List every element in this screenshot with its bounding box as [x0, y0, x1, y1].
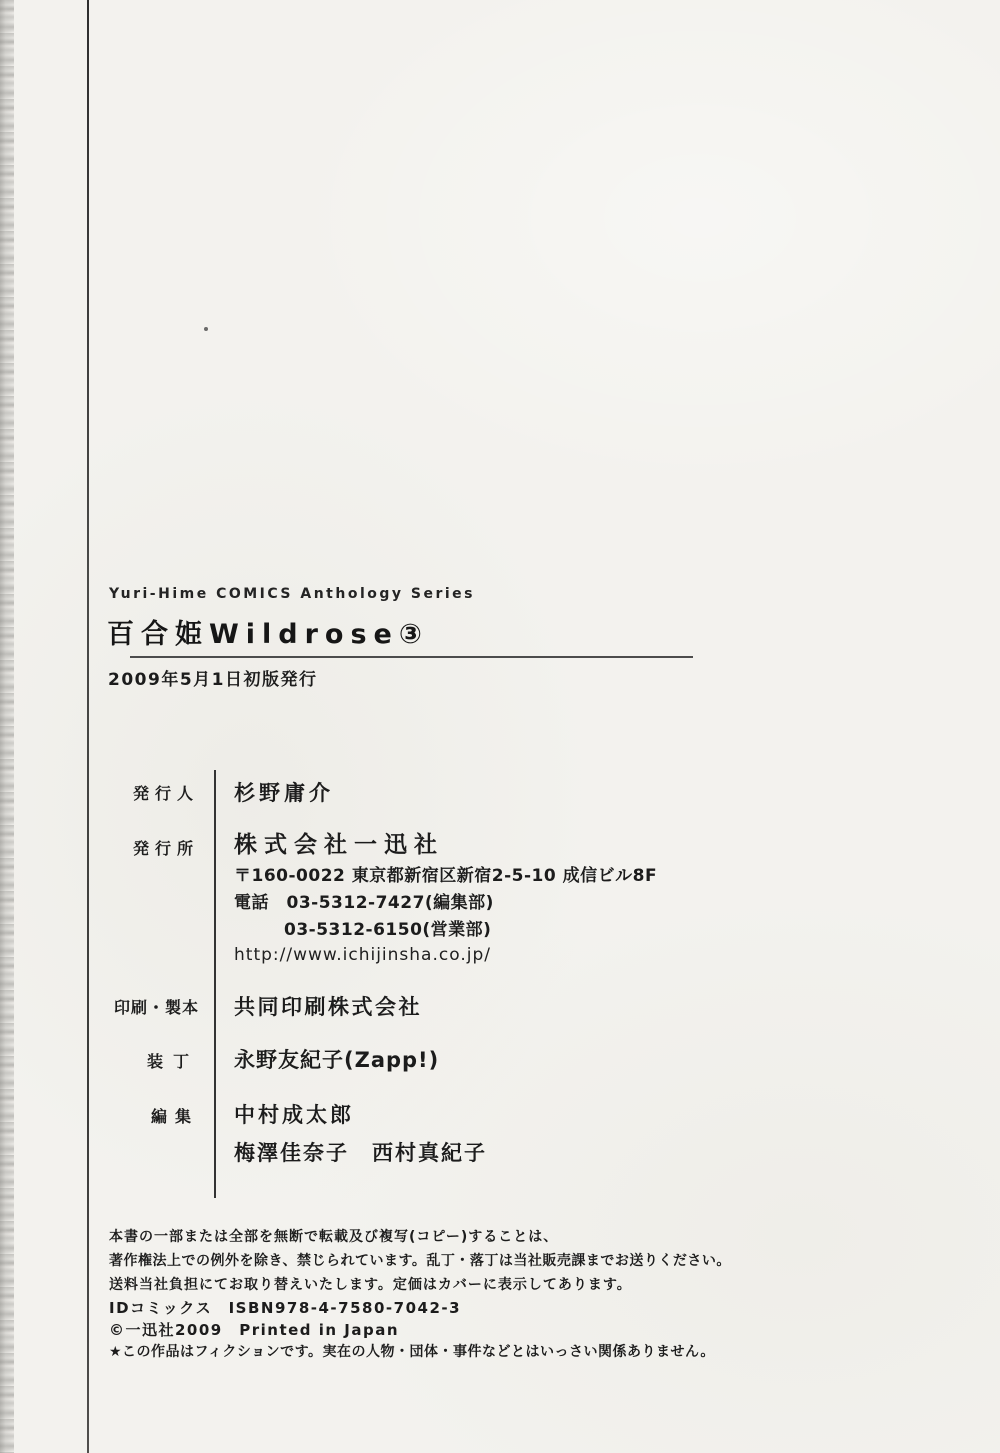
editor-primary: 中村成太郎: [234, 1102, 354, 1128]
company-name: 株式会社一迅社: [234, 831, 444, 860]
scan-speck: [204, 327, 208, 331]
book-title: 百合姫Wildrose③: [107, 618, 429, 652]
fiction-disclaimer: ★この作品はフィクションです。実在の人物・団体・事件などとはいっさい関係ありませ…: [109, 1344, 715, 1362]
company-address: 〒160-0022 東京都新宿区新宿2-5-10 成信ビル8F: [234, 866, 657, 887]
copyright-line: ©一迅社2009 Printed in Japan: [109, 1321, 399, 1340]
publisher-name: 杉野庸介: [234, 780, 334, 806]
publishing-office-label: 発行所: [103, 839, 199, 858]
editors-secondary: 梅澤佳奈子 西村真紀子: [234, 1140, 487, 1166]
colophon-divider-line: [214, 770, 216, 1198]
spine-fold-line: [87, 0, 89, 1453]
printing-company: 共同印刷株式会社: [234, 994, 422, 1020]
printing-label: 印刷・製本: [103, 998, 199, 1017]
phone-sales: 03-5312-6150(営業部): [284, 920, 491, 941]
publisher-label: 発行人: [103, 784, 199, 803]
copyright-notice-line2: 著作権法上での例外を除き、禁じられています。乱丁・落丁は当社販売課までお送りくだ…: [109, 1253, 731, 1271]
series-label: Yuri-Hime COMICS Anthology Series: [109, 586, 475, 604]
phone-editorial: 電話 03-5312-7427(編集部): [234, 893, 494, 914]
copyright-notice-line3: 送料当社負担にてお取り替えいたします。定価はカバーに表示してあります。: [109, 1277, 632, 1295]
title-underline: [130, 656, 693, 658]
colophon-page: Yuri-Hime COMICS Anthology Series 百合姫Wil…: [0, 0, 1000, 1453]
company-website: http://www.ichijinsha.co.jp/: [234, 945, 491, 966]
editing-label: 編集: [103, 1107, 199, 1126]
isbn-line: IDコミックス ISBN978-4-7580-7042-3: [109, 1299, 461, 1318]
copyright-notice-line1: 本書の一部または全部を無断で転載及び複写(コピー)することは、: [109, 1229, 558, 1247]
designer-name: 永野友紀子(Zapp!): [234, 1047, 439, 1073]
print-date: 2009年5月1日初版発行: [108, 670, 317, 691]
scanned-page-edge-texture: [0, 0, 14, 1453]
design-label: 装丁: [103, 1052, 199, 1071]
